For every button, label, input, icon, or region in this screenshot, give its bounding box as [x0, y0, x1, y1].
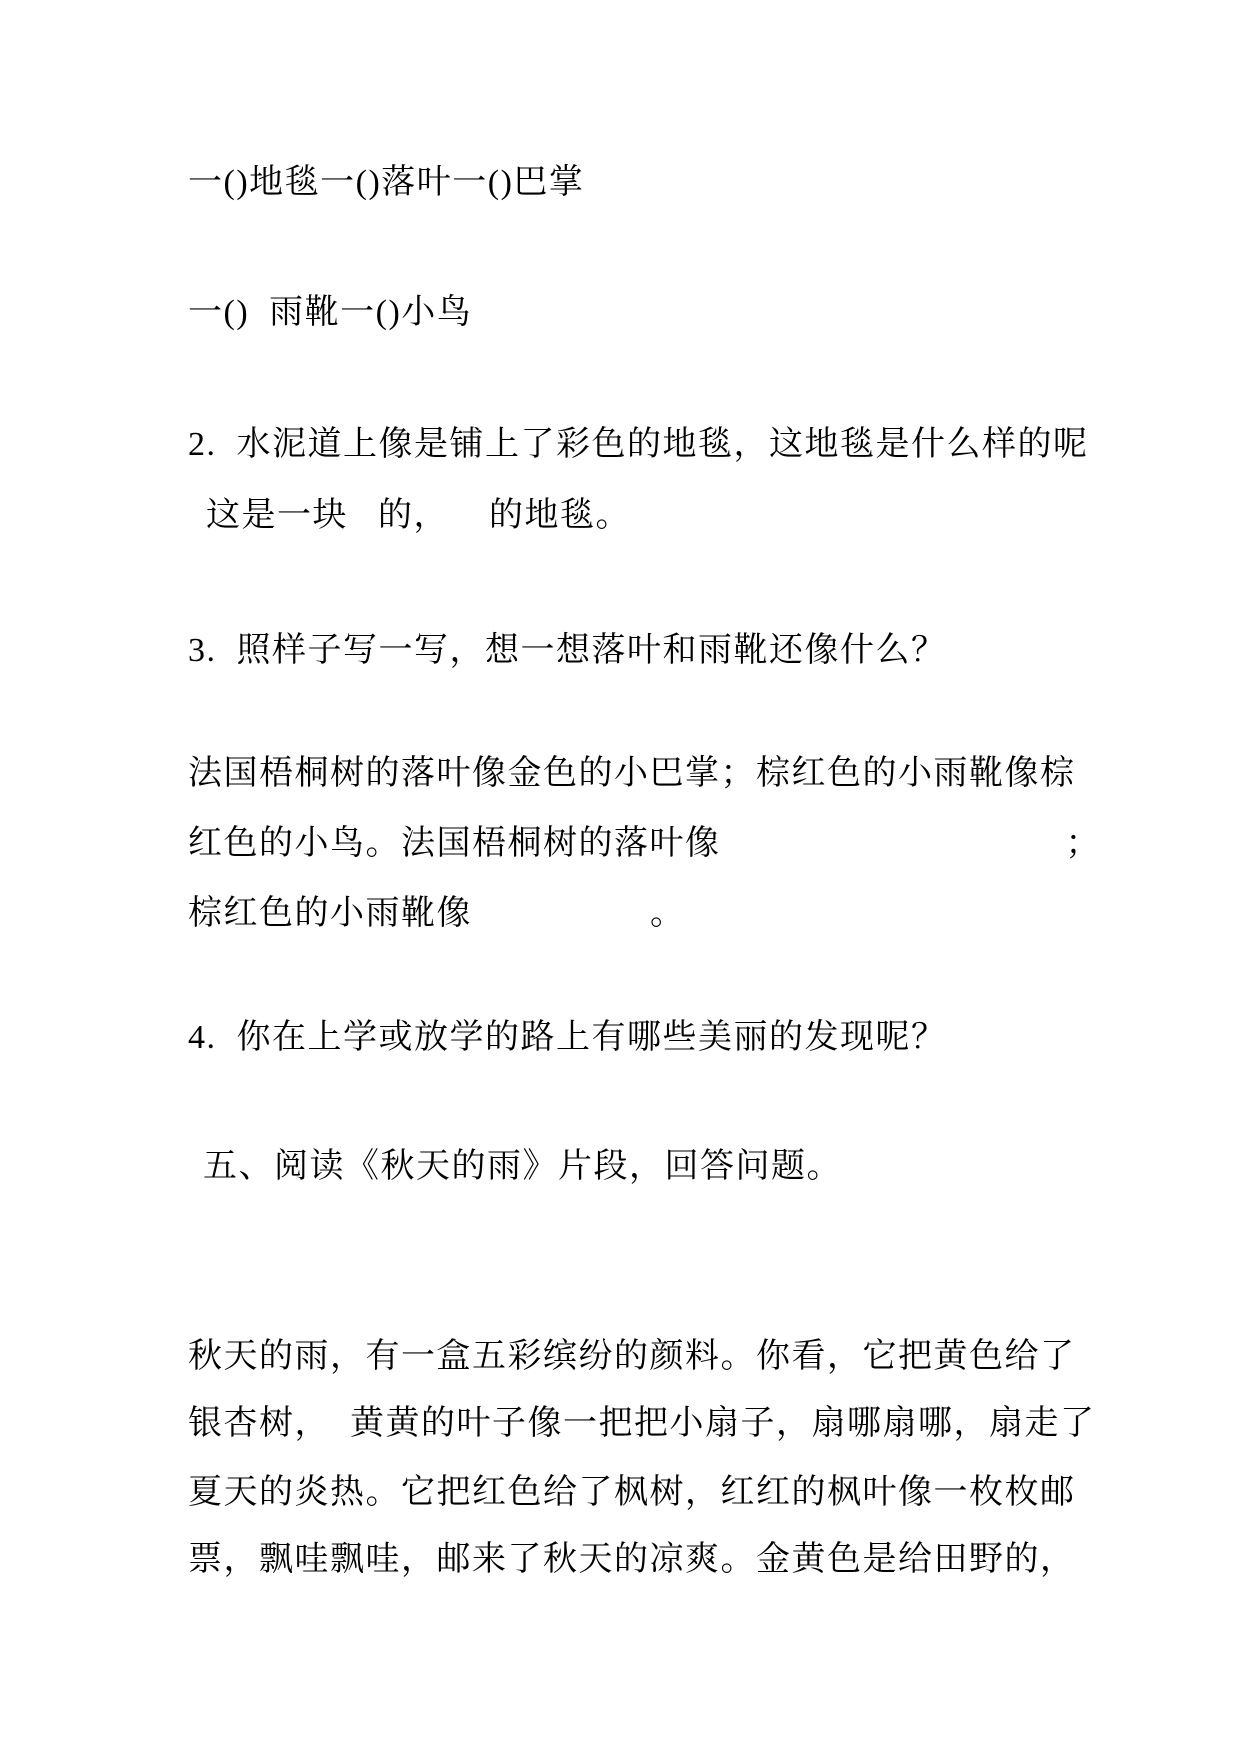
question-3-answer-blank-2: [472, 923, 650, 924]
question-3-example-line-3-punct: 。: [650, 895, 686, 932]
question-4-prompt: 4. 你在上学或放学的路上有哪些美丽的发现呢？: [188, 1017, 947, 1059]
passage-line-3: 夏天的炎热。它把红色给了枫树，红红的枫叶像一枚枚邮: [188, 1472, 1076, 1514]
question-3-example-line-1: 法国梧桐树的落叶像金色的小巴掌；棕红色的小雨靴像棕: [188, 753, 1076, 795]
passage-line-2: 银杏树， 黄黄的叶子像一把把小扇子，扇哪扇哪，扇走了: [188, 1403, 1096, 1445]
question-3-example-line-3: 棕红色的小雨靴像。: [188, 893, 686, 935]
question-3-example-line-2-punct: ；: [1066, 825, 1102, 862]
question-2-answer-line: 这是一块 的， 的地毯。: [206, 495, 631, 537]
fill-blank-line-2: 一() 雨靴一()小鸟: [188, 292, 472, 334]
question-3-example-line-3-text: 棕红色的小雨靴像: [188, 895, 472, 932]
question-2-prompt: 2. 水泥道上像是铺上了彩色的地毯，这地毯是什么样的呢: [188, 424, 1089, 466]
passage-line-4: 票，飘哇飘哇，邮来了秋天的凉爽。金黄色是给田野的，: [188, 1539, 1076, 1581]
section-5-heading: 五、阅读《秋天的雨》片段，回答问题。: [203, 1146, 842, 1188]
fill-blank-line-1: 一()地毯一()落叶一()巴掌: [188, 162, 584, 204]
question-3-answer-blank-1: [721, 853, 1066, 854]
question-3-example-line-2: 红色的小鸟。法国梧桐树的落叶像；: [188, 823, 1101, 865]
question-3-prompt: 3. 照样子写一写，想一想落叶和雨靴还像什么？: [188, 630, 947, 672]
worksheet-page: 一()地毯一()落叶一()巴掌 一() 雨靴一()小鸟 2. 水泥道上像是铺上了…: [0, 0, 1241, 1754]
passage-line-1: 秋天的雨，有一盒五彩缤纷的颜料。你看，它把黄色给了: [188, 1336, 1076, 1378]
question-3-example-line-2-text: 红色的小鸟。法国梧桐树的落叶像: [188, 825, 721, 862]
